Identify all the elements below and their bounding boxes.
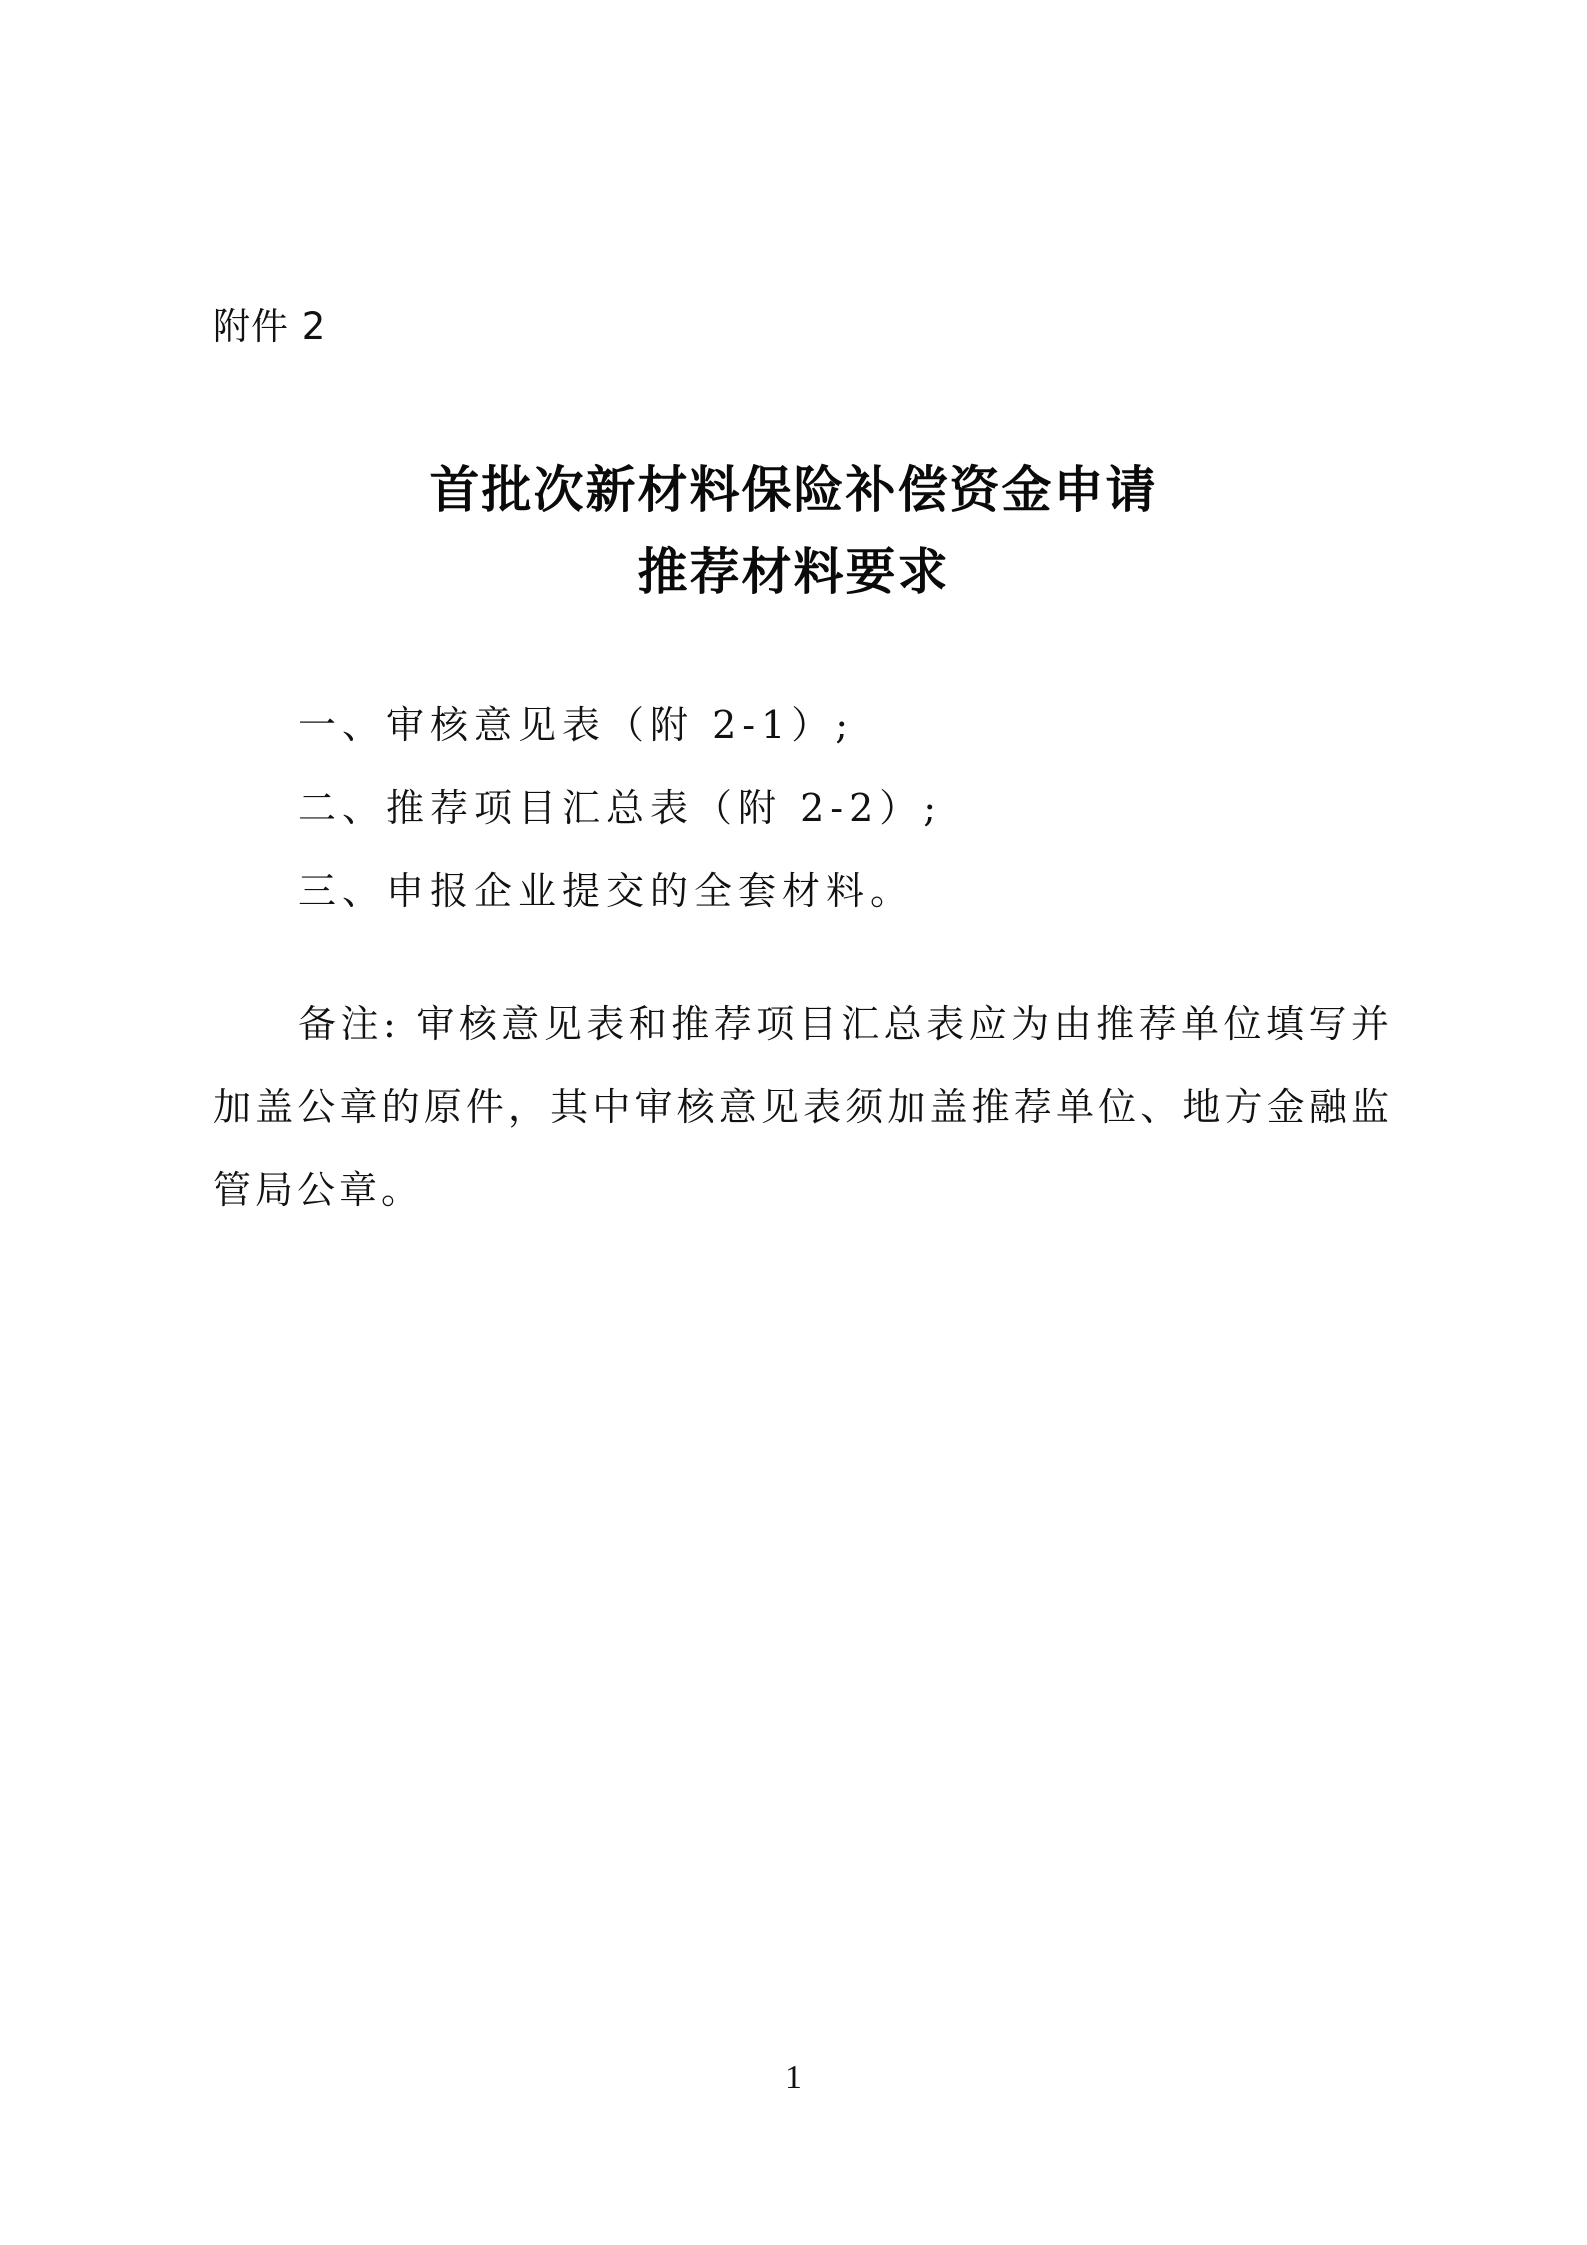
- requirements-list: 一、审核意见表（附 2-1）; 二、推荐项目汇总表（附 2-2）; 三、申报企业…: [298, 700, 942, 949]
- page-number: 1: [0, 2058, 1587, 2098]
- document-page: 附件 2 首批次新材料保险补偿资金申请 推荐材料要求 一、审核意见表（附 2-1…: [0, 0, 1587, 2245]
- document-title-line-1: 首批次新材料保险补偿资金申请: [0, 455, 1587, 525]
- requirement-item-1: 一、审核意见表（附 2-1）;: [298, 700, 942, 750]
- remarks-paragraph: 备注: 审核意见表和推荐项目汇总表应为由推荐单位填写并加盖公章的原件，其中审核意…: [213, 983, 1393, 1232]
- requirement-item-3: 三、申报企业提交的全套材料。: [298, 866, 942, 916]
- document-title-line-2: 推荐材料要求: [0, 537, 1587, 607]
- attachment-label: 附件 2: [213, 302, 326, 352]
- requirement-item-2: 二、推荐项目汇总表（附 2-2）;: [298, 783, 942, 833]
